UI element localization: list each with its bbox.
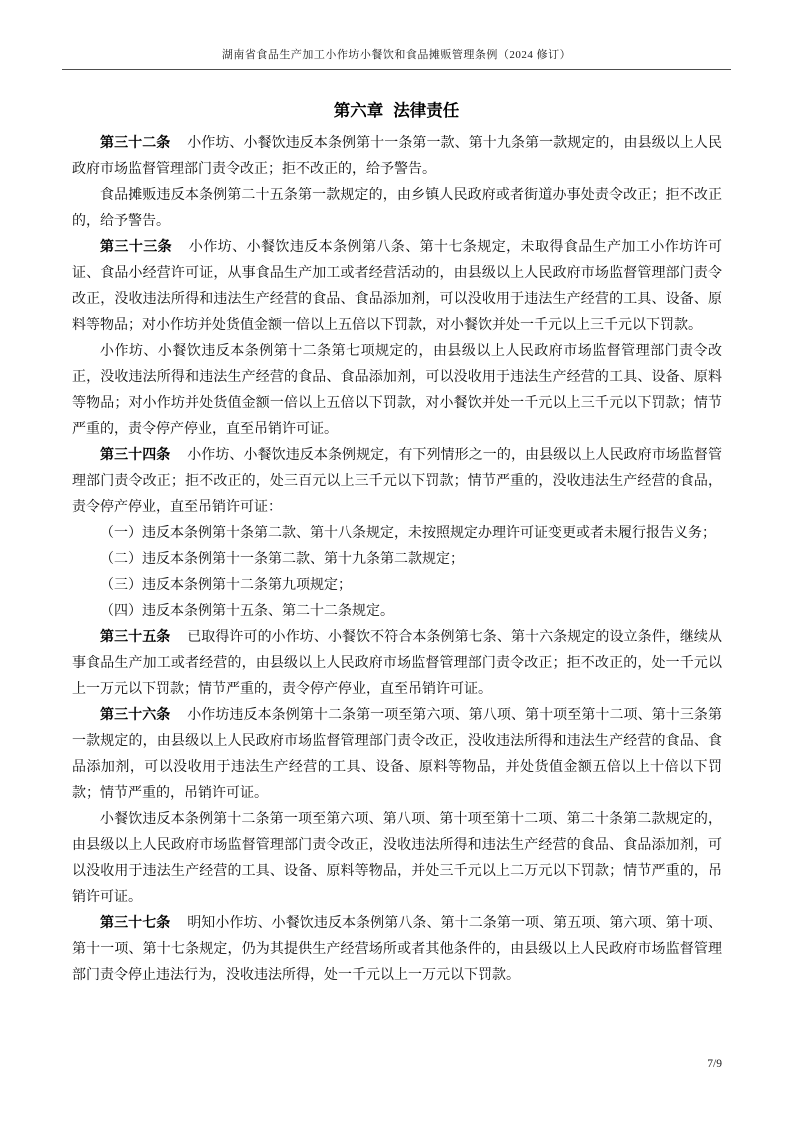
article-text: （一）违反本条例第十条第二款、第十八条规定，未按照规定办理许可证变更或者未履行报… [100, 526, 716, 541]
article-text: （三）违反本条例第十二条第九项规定； [100, 578, 352, 593]
article-number: 第三十五条 [100, 630, 170, 645]
paragraph-article-37: 第三十七条明知小作坊、小餐饮违反本条例第八条、第十二条第一项、第五项、第六项、第… [72, 911, 722, 989]
paragraph-article-32-clause-2: 食品摊贩违反本条例第二十五条第一款规定的，由乡镇人民政府或者街道办事处责令改正；… [72, 183, 722, 235]
list-item-1: （一）违反本条例第十条第二款、第十八条规定，未按照规定办理许可证变更或者未履行报… [72, 521, 722, 547]
page-number: 7/9 [707, 1058, 722, 1070]
list-item-2: （二）违反本条例第十一条第二款、第十九条第二款规定； [72, 547, 722, 573]
article-text: 小作坊、小餐饮违反本条例第十二条第七项规定的，由县级以上人民政府市场监督管理部门… [72, 344, 722, 437]
paragraph-article-35: 第三十五条已取得许可的小作坊、小餐饮不符合本条例第七条、第十六条规定的设立条件，… [72, 625, 722, 703]
document-header-title: 湖南省食品生产加工小作坊小餐饮和食品摊贩管理条例（2024 修订） [222, 49, 571, 61]
paragraph-article-33: 第三十三条小作坊、小餐饮违反本条例第八条、第十七条规定，未取得食品生产加工小作坊… [72, 235, 722, 339]
chapter-heading: 第六章 法律责任 [0, 97, 793, 121]
article-text: （二）违反本条例第十一条第二款、第十九条第二款规定； [100, 552, 464, 567]
list-item-3: （三）违反本条例第十二条第九项规定； [72, 573, 722, 599]
article-number: 第三十二条 [100, 136, 170, 151]
document-body: 第三十二条小作坊、小餐饮违反本条例第十一条第一款、第十九条第一款规定的，由县级以… [72, 131, 722, 989]
paragraph-article-36-clause-2: 小餐饮违反本条例第十二条第一项至第六项、第八项、第十项至第十二项、第二十条第二款… [72, 807, 722, 911]
paragraph-article-33-clause-2: 小作坊、小餐饮违反本条例第十二条第七项规定的，由县级以上人民政府市场监督管理部门… [72, 339, 722, 443]
article-text: 食品摊贩违反本条例第二十五条第一款规定的，由乡镇人民政府或者街道办事处责令改正；… [72, 188, 722, 229]
paragraph-article-34: 第三十四条小作坊、小餐饮违反本条例规定，有下列情形之一的，由县级以上人民政府市场… [72, 443, 722, 521]
article-number: 第三十七条 [100, 916, 170, 931]
article-text: 小餐饮违反本条例第十二条第一项至第六项、第八项、第十项至第十二项、第二十条第二款… [72, 812, 722, 905]
paragraph-article-32: 第三十二条小作坊、小餐饮违反本条例第十一条第一款、第十九条第一款规定的，由县级以… [72, 131, 722, 183]
article-number: 第三十四条 [100, 448, 170, 463]
list-item-4: （四）违反本条例第十五条、第二十二条规定。 [72, 599, 722, 625]
document-header: 湖南省食品生产加工小作坊小餐饮和食品摊贩管理条例（2024 修订） [62, 49, 731, 70]
article-number: 第三十三条 [100, 240, 172, 255]
article-text: （四）违反本条例第十五条、第二十二条规定。 [100, 604, 394, 619]
paragraph-article-36: 第三十六条小作坊违反本条例第十二条第一项至第六项、第八项、第十项至第十二项、第十… [72, 703, 722, 807]
document-page: 湖南省食品生产加工小作坊小餐饮和食品摊贩管理条例（2024 修订） 第六章 法律… [0, 0, 793, 1122]
article-number: 第三十六条 [100, 708, 170, 723]
